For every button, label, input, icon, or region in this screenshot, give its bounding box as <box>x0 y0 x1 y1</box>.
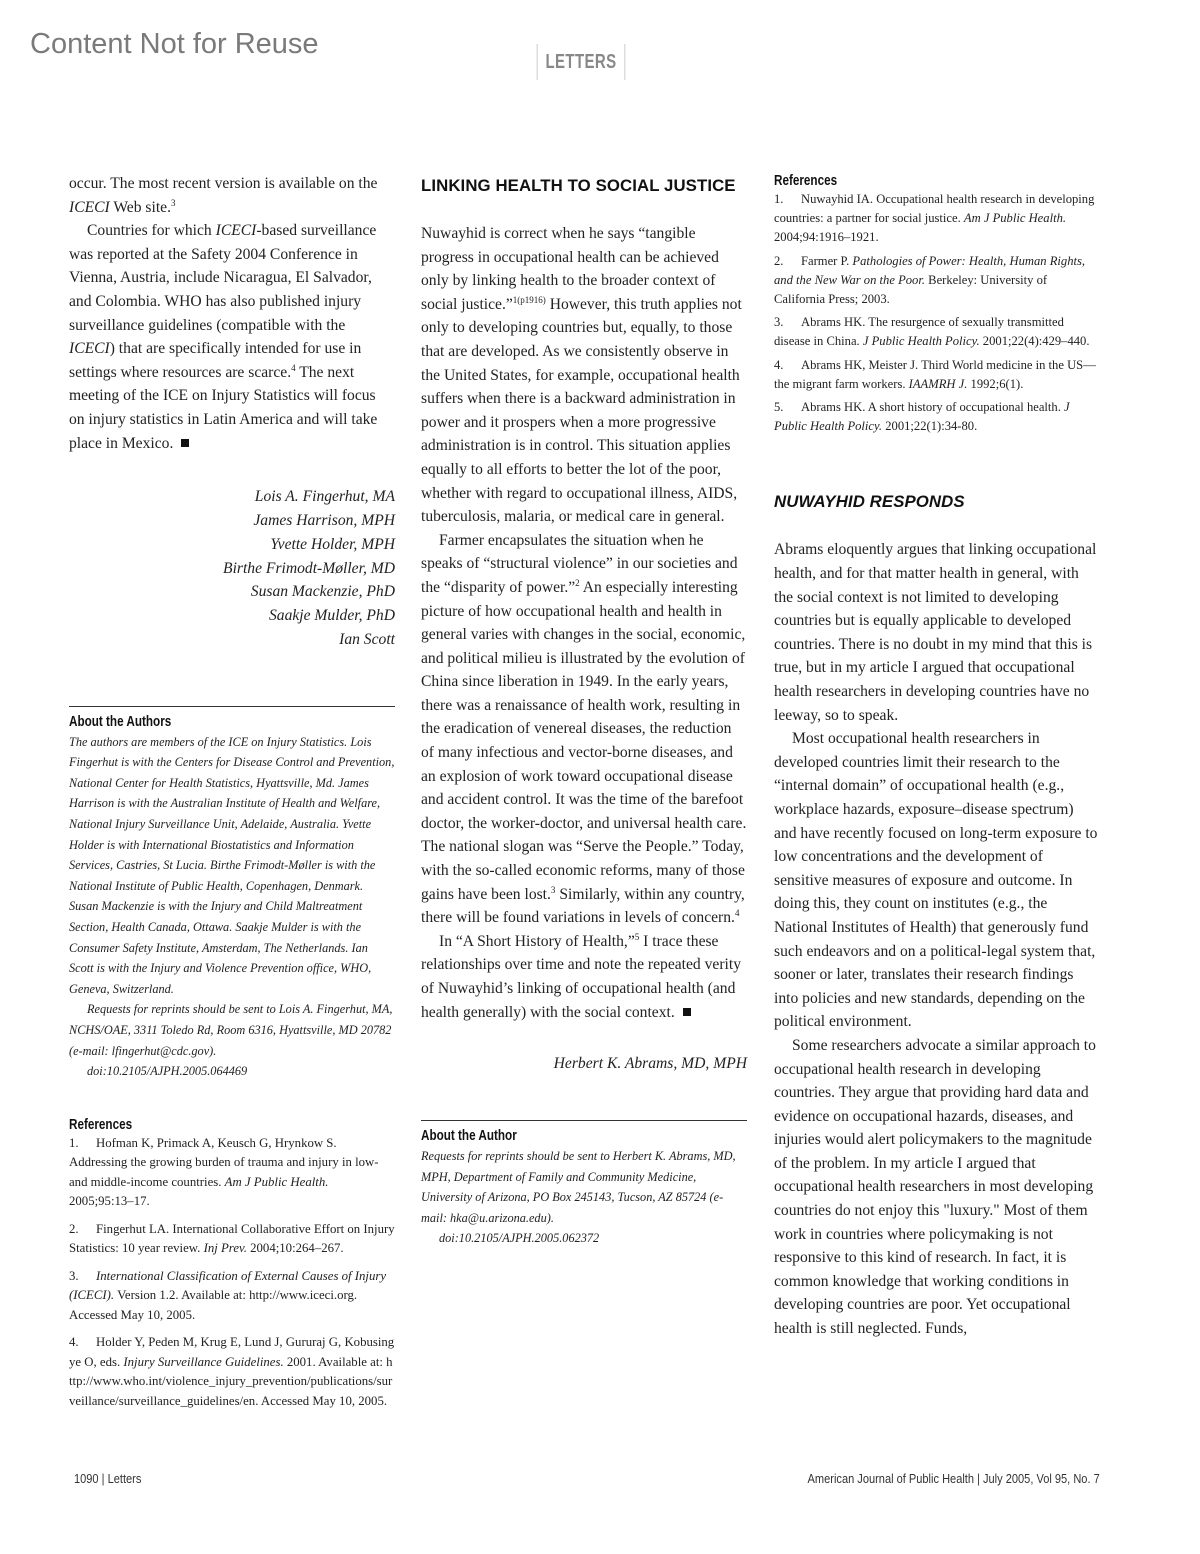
reference-item: 1.Nuwayhid IA. Occupational health resea… <box>774 190 1100 248</box>
paragraph: Countries for which ICECI-based surveill… <box>69 219 395 455</box>
about-the-author-text: Requests for reprints should be sent to … <box>421 1146 747 1249</box>
footer-page-number: 1090 | Letters <box>74 1471 141 1486</box>
footer-journal-info: American Journal of Public Health | July… <box>808 1471 1100 1486</box>
running-head: LETTERS <box>537 44 626 80</box>
divider <box>421 1120 747 1121</box>
author-signature: Herbert K. Abrams, MD, MPH <box>421 1052 747 1076</box>
letter-heading: LINKING HEALTH TO SOCIAL JUSTICE <box>421 176 747 196</box>
about-the-authors-box: About the Authors The authors are member… <box>69 706 395 1082</box>
response-body: Abrams eloquently argues that linking oc… <box>774 538 1100 1340</box>
paragraph: In “A Short History of Health,”5 I trace… <box>421 930 747 1024</box>
reference-item: 3.Abrams HK. The resurgence of sexually … <box>774 313 1100 351</box>
letter-body: Nuwayhid is correct when he says “tangib… <box>421 222 747 1024</box>
references-title: References <box>69 1116 323 1133</box>
references-section: References 1.Nuwayhid IA. Occupational h… <box>774 172 1100 436</box>
author-signatures: Lois A. Fingerhut, MA James Harrison, MP… <box>69 485 395 652</box>
doi: doi:10.2105/AJPH.2005.062372 <box>421 1228 747 1249</box>
column-2: LINKING HEALTH TO SOCIAL JUSTICE Nuwayhi… <box>421 172 747 1249</box>
paragraph: Farmer encapsulates the situation when h… <box>421 529 747 930</box>
about-the-author-title: About the Author <box>421 1127 675 1144</box>
paragraph: Some researchers advocate a similar appr… <box>774 1034 1100 1341</box>
divider <box>69 706 395 707</box>
author-signature: James Harrison, MPH <box>69 509 395 533</box>
paragraph: Nuwayhid is correct when he says “tangib… <box>421 222 747 529</box>
paragraph: occur. The most recent version is availa… <box>69 172 395 219</box>
end-of-article-mark-icon <box>683 1008 691 1016</box>
reprints-request: Requests for reprints should be sent to … <box>69 999 395 1061</box>
reference-item: 1.Hofman K, Primack A, Keusch G, Hrynkow… <box>69 1134 395 1212</box>
reference-item: 2.Fingerhut LA. International Collaborat… <box>69 1220 395 1259</box>
reference-item: 4.Abrams HK, Meister J. Third World medi… <box>774 356 1100 394</box>
column-3: References 1.Nuwayhid IA. Occupational h… <box>774 172 1100 1341</box>
reference-item: 3.International Classification of Extern… <box>69 1267 395 1326</box>
author-signature: Saakje Mulder, PhD <box>69 604 395 628</box>
author-signature: Ian Scott <box>69 628 395 652</box>
paragraph: Abrams eloquently argues that linking oc… <box>774 538 1100 727</box>
watermark: Content Not for Reuse <box>30 28 319 61</box>
author-signature: Birthe Frimodt-Møller, MD <box>69 557 395 581</box>
end-of-article-mark-icon <box>181 439 189 447</box>
reference-item: 4.Holder Y, Peden M, Krug E, Lund J, Gur… <box>69 1333 395 1411</box>
about-the-authors-title: About the Authors <box>69 713 323 730</box>
doi: doi:10.2105/AJPH.2005.064469 <box>69 1061 395 1082</box>
author-signature: Lois A. Fingerhut, MA <box>69 485 395 509</box>
references-title: References <box>774 172 1028 189</box>
about-the-author-box: About the Author Requests for reprints s… <box>421 1120 747 1249</box>
paragraph: Most occupational health researchers in … <box>774 727 1100 1034</box>
column-1: occur. The most recent version is availa… <box>69 172 395 1419</box>
author-signature: Yvette Holder, MPH <box>69 533 395 557</box>
reference-item: 2.Farmer P. Pathologies of Power: Health… <box>774 252 1100 310</box>
references-section: References 1.Hofman K, Primack A, Keusch… <box>69 1116 395 1412</box>
about-the-authors-text: The authors are members of the ICE on In… <box>69 732 395 1082</box>
author-signature: Susan Mackenzie, PhD <box>69 580 395 604</box>
letter-body-continued: occur. The most recent version is availa… <box>69 172 395 455</box>
response-heading: NUWAYHID RESPONDS <box>774 492 1100 512</box>
reference-item: 5.Abrams HK. A short history of occupati… <box>774 398 1100 436</box>
